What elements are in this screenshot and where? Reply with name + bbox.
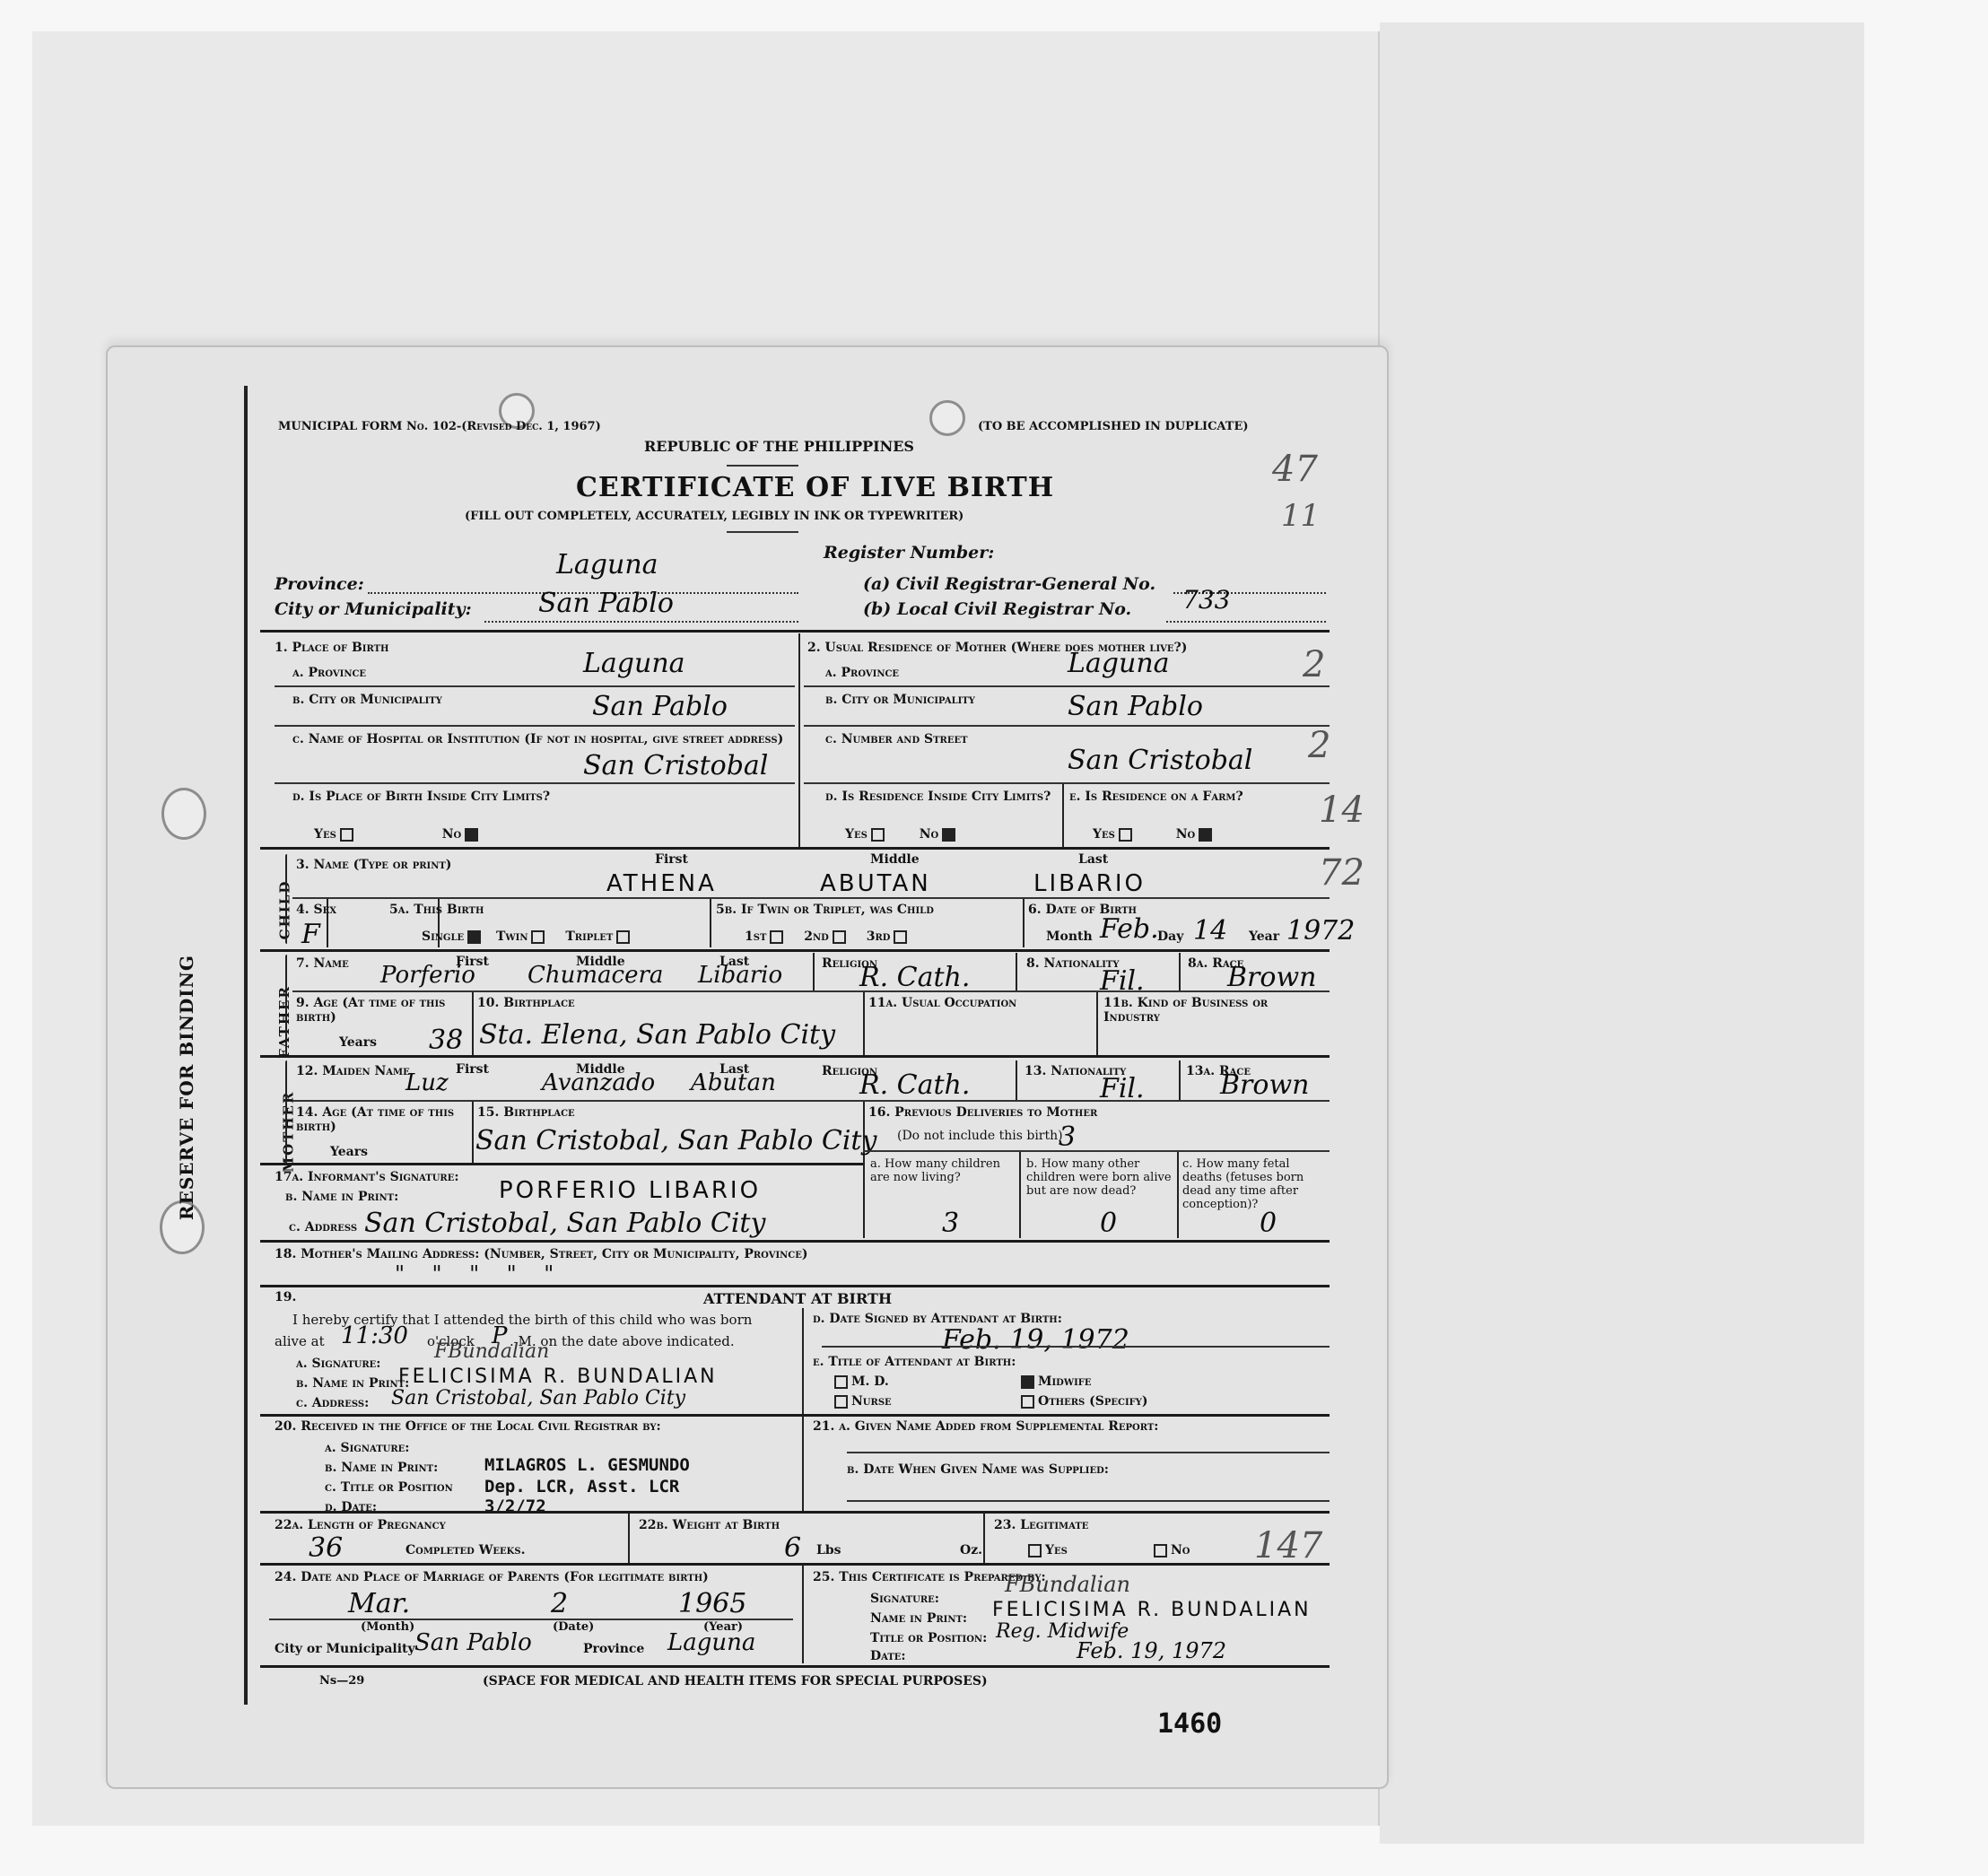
birth-type-options: Single Twin Triplet — [422, 929, 633, 944]
footer-code: Ns—29 — [319, 1674, 364, 1688]
mother-birthplace: San Cristobal, San Pablo City — [475, 1125, 876, 1156]
column-divider — [1179, 953, 1181, 992]
column-divider — [472, 1102, 474, 1165]
backing-sheet-right — [1380, 22, 1864, 1844]
no-checkbox-checked[interactable] — [465, 828, 478, 842]
informant-signature-label: 17a. Informant's Signature: — [275, 1170, 459, 1184]
received-label: 20. Received in the Office of the Local … — [275, 1419, 661, 1434]
column-divider — [1179, 1060, 1181, 1100]
dob-year: 1972 — [1286, 915, 1355, 947]
divider — [727, 531, 798, 533]
column-divider — [863, 1102, 865, 1238]
mailing-address-value: " " " " " — [395, 1261, 554, 1287]
legit-no-option: No — [1150, 1543, 1190, 1558]
prepared-signature-label: Signature: — [870, 1592, 939, 1606]
month-label: Month — [1046, 929, 1093, 944]
binding-margin-line — [244, 386, 248, 1705]
father-first-name: Porferio — [380, 962, 475, 989]
republic-heading: REPUBLIC OF THE PHILIPPINES — [644, 438, 914, 455]
attendant-address-label: c. Address: — [296, 1396, 369, 1410]
lbs-label: Lbs — [816, 1543, 841, 1558]
fetal-deaths-value: 0 — [1260, 1208, 1277, 1239]
father-section-tag: FATHER — [276, 985, 292, 1059]
pob-inside-city-options: Yes No — [314, 827, 482, 842]
marriage-city: San Pablo — [414, 1629, 532, 1656]
pob-city-value: San Pablo — [592, 691, 728, 722]
yes-label: Yes — [314, 827, 336, 842]
column-divider — [813, 953, 815, 992]
section-divider — [260, 949, 1330, 952]
father-business-label: 11b. Kind of Business or Industry — [1103, 996, 1319, 1025]
field-line — [804, 685, 1330, 687]
column-divider — [1016, 953, 1017, 992]
informant-address: San Cristobal, San Pablo City — [364, 1208, 765, 1239]
place-of-birth-heading: 1. Place of Birth — [275, 641, 388, 655]
received-signature-label: a. Signature: — [325, 1441, 409, 1455]
marriage-city-label: City or Municipality — [275, 1642, 415, 1656]
margin-note: 11 — [1281, 498, 1320, 534]
twin-checkbox[interactable] — [531, 930, 545, 944]
father-race: Brown — [1227, 962, 1316, 993]
res-street-label: c. Number and Street — [825, 732, 968, 746]
mother-age-label: 14. Age (At time of this birth) — [296, 1105, 466, 1134]
mother-last-name: Abutan — [691, 1069, 776, 1096]
prev-deliveries-label: 16. Previous Deliveries to Mother — [868, 1105, 1097, 1120]
mother-name-label: 12. Maiden Name — [296, 1064, 410, 1078]
father-name-label: 7. Name — [296, 956, 349, 971]
attendant-title-label: e. Title of Attendant at Birth: — [813, 1355, 1016, 1369]
single-label: Single — [422, 929, 464, 944]
this-birth-label: 5a. This Birth — [389, 903, 484, 917]
field-line — [822, 1346, 1330, 1348]
field-line — [847, 1500, 1330, 1502]
legit-yes-option: Yes — [1025, 1543, 1068, 1558]
section-brace — [285, 955, 287, 1055]
column-divider — [1016, 1060, 1017, 1100]
triplet-label: Triplet — [565, 929, 613, 944]
attendant-number: 19. — [275, 1290, 296, 1304]
attendant-address: San Cristobal, San Pablo City — [391, 1387, 685, 1409]
province-label: Province: — [275, 574, 364, 594]
marriage-year: 1965 — [678, 1588, 746, 1619]
section-divider — [260, 630, 1330, 633]
legitimate-label: 23. Legitimate — [994, 1518, 1088, 1532]
margin-note: 72 — [1319, 852, 1365, 894]
birth-time: 11:30 — [341, 1322, 408, 1349]
prepared-date: Feb. 19, 1972 — [1077, 1638, 1226, 1663]
received-title-label: c. Title or Position — [325, 1480, 453, 1495]
column-divider — [802, 1308, 804, 1414]
third-label: 3rd — [867, 929, 891, 944]
marriage-month: Mar. — [348, 1588, 410, 1619]
column-divider — [802, 1565, 804, 1663]
res-province-value: Laguna — [1068, 648, 1170, 679]
section-divider — [260, 1163, 863, 1165]
middle-label: Middle — [870, 852, 920, 867]
margin-note: 47 — [1272, 449, 1318, 490]
column-divider — [1177, 1152, 1179, 1238]
column-divider — [1019, 1152, 1021, 1238]
field-line — [863, 1150, 1330, 1152]
form-number: MUNICIPAL FORM No. 102-(Revised Dec. 1, … — [278, 420, 601, 433]
res-farm-label: e. Is Residence on a Farm? — [1069, 790, 1243, 804]
marriage-date: 2 — [551, 1588, 568, 1619]
local-civil-label: (b) Local Civil Registrar No. — [863, 599, 1131, 619]
column-divider — [863, 992, 865, 1055]
father-birthplace-label: 10. Birthplace — [477, 996, 575, 1010]
informant-name: PORFERIO LIBARIO — [499, 1177, 761, 1204]
title-option-nurse: Nurse — [831, 1394, 892, 1409]
province-value: Laguna — [556, 549, 658, 580]
second-label: 2nd — [804, 929, 829, 944]
pob-province-label: a. Province — [292, 666, 366, 680]
others-label: Others (Specify) — [1038, 1394, 1148, 1409]
yes-label: Yes — [845, 827, 868, 842]
last-label: Last — [1078, 852, 1108, 867]
mother-birthplace-label: 15. Birthplace — [477, 1105, 575, 1120]
single-checkbox-checked[interactable] — [467, 930, 481, 944]
title-option-midwife: Midwife — [1017, 1374, 1091, 1389]
prepared-date-label: Date: — [870, 1649, 906, 1663]
section-brace — [285, 854, 287, 944]
field-line — [292, 897, 1330, 899]
received-name: MILAGROS L. GESMUNDO — [484, 1455, 690, 1475]
divider — [727, 465, 798, 467]
legit-no-checkbox[interactable] — [1154, 1544, 1167, 1558]
first-label: First — [655, 852, 688, 867]
mother-race: Brown — [1220, 1069, 1309, 1101]
column-divider — [798, 633, 800, 847]
years-label: Years — [330, 1145, 368, 1159]
father-age: 38 — [429, 1025, 463, 1056]
date-supplied-label: b. Date When Given Name was Supplied: — [847, 1462, 1109, 1477]
first-label: 1st — [745, 929, 766, 944]
field-line — [275, 685, 795, 687]
mailing-address-label: 18. Mother's Mailing Address: (Number, S… — [275, 1247, 807, 1261]
nurse-label: Nurse — [851, 1394, 892, 1409]
nurse-checkbox[interactable] — [834, 1395, 848, 1409]
marriage-province-label: Province — [583, 1642, 644, 1656]
column-divider — [1096, 992, 1098, 1055]
res-street-value: San Cristobal — [1068, 745, 1252, 776]
child-middle-name: ABUTAN — [820, 870, 931, 897]
dob-day: 14 — [1193, 915, 1227, 947]
md-checkbox[interactable] — [834, 1375, 848, 1389]
date-caption: (Date) — [553, 1620, 594, 1634]
given-name-label: 21. a. Given Name Added from Supplementa… — [813, 1419, 1158, 1434]
column-divider — [1062, 784, 1064, 847]
column-divider — [802, 1416, 804, 1511]
legit-yes-label: Yes — [1045, 1543, 1068, 1558]
field-line — [847, 1452, 1330, 1453]
father-religion: R. Cath. — [859, 962, 970, 993]
section-divider — [260, 1511, 1330, 1514]
res-farm-options: Yes No — [1093, 827, 1216, 842]
twin-label: Twin — [496, 929, 528, 944]
prev-deliveries-note: (Do not include this birth) — [897, 1129, 1063, 1143]
attendant-signature-label: a. Signature: — [296, 1357, 380, 1371]
mother-middle-name: Avanzado — [542, 1069, 655, 1096]
father-occupation-label: 11a. Usual Occupation — [868, 996, 1016, 1010]
attendant-alive-at: alive at — [275, 1333, 325, 1349]
pregnancy-weeks: 36 — [309, 1532, 343, 1564]
others-checkbox[interactable] — [1021, 1395, 1034, 1409]
pob-province-value: Laguna — [583, 648, 685, 679]
punch-hole — [929, 400, 965, 436]
child-name-label: 3. Name (Type or print) — [296, 858, 451, 872]
local-civil-value: 733 — [1182, 585, 1230, 615]
yes-label: Yes — [1093, 827, 1115, 842]
field-line — [804, 725, 1330, 727]
prepared-signature: FBundalian — [1005, 1572, 1130, 1597]
field-line — [1166, 621, 1326, 623]
no-label: No — [920, 827, 939, 842]
binding-label: RESERVE FOR BINDING — [176, 953, 197, 1222]
punch-hole — [161, 788, 206, 840]
informant-address-label: c. Address — [289, 1220, 357, 1235]
fetal-deaths-label: c. How many fetal deaths (fetuses born d… — [1182, 1157, 1326, 1211]
register-number-label: Register Number: — [824, 543, 994, 563]
section-divider — [260, 1285, 1330, 1287]
marriage-province: Laguna — [667, 1629, 755, 1656]
pob-hospital-label: c. Name of Hospital or Institution (If n… — [292, 732, 795, 746]
margin-note: 2 — [1308, 725, 1330, 766]
column-divider — [983, 1513, 985, 1563]
title-option-others: Others (Specify) — [1017, 1394, 1148, 1409]
attendant-heading: ATTENDANT AT BIRTH — [703, 1290, 892, 1307]
field-line — [804, 782, 1330, 784]
column-divider — [1023, 899, 1025, 947]
stamp-number: 1460 — [1157, 1708, 1222, 1740]
child-first-name: ATHENA — [606, 870, 717, 897]
md-label: M. D. — [851, 1374, 889, 1389]
second-checkbox[interactable] — [833, 930, 846, 944]
section-divider — [260, 847, 1330, 850]
legit-yes-checkbox[interactable] — [1028, 1544, 1042, 1558]
marriage-label: 24. Date and Place of Marriage of Parent… — [275, 1570, 709, 1584]
margin-note: 2 — [1303, 644, 1325, 685]
field-line — [292, 1100, 1330, 1102]
pob-hospital-value: San Cristobal — [583, 750, 768, 781]
oz-label: Oz. — [960, 1543, 982, 1558]
section-divider — [260, 1055, 1330, 1058]
twin-order-label: 5b. If Twin or Triplet, was Child — [716, 903, 934, 917]
third-checkbox[interactable] — [894, 930, 907, 944]
years-label: Years — [339, 1035, 377, 1050]
father-last-name: Libario — [698, 962, 782, 989]
no-checkbox-checked[interactable] — [1199, 828, 1212, 842]
day-label: Day — [1157, 929, 1183, 944]
field-line — [292, 990, 1330, 992]
prepared-title-label: Title or Position: — [870, 1631, 987, 1645]
children-living-value: 3 — [942, 1208, 959, 1239]
weeks-label: Completed Weeks. — [405, 1543, 525, 1558]
father-birthplace: Sta. Elena, San Pablo City — [479, 1019, 835, 1051]
prev-deliveries-value: 3 — [1059, 1121, 1076, 1153]
res-inside-city-label: d. Is Residence Inside City Limits? — [825, 790, 1059, 804]
column-divider — [710, 899, 711, 947]
section-divider — [260, 1240, 1330, 1243]
margin-note: 147 — [1254, 1525, 1322, 1566]
midwife-checkbox-checked[interactable] — [1021, 1375, 1034, 1389]
mother-first-name: Luz — [405, 1069, 449, 1096]
children-living-label: a. How many children are now living? — [870, 1157, 1014, 1184]
mother-section-tag: MOTHER — [280, 1091, 296, 1173]
civil-general-label: (a) Civil Registrar-General No. — [863, 574, 1155, 594]
date-signed-value: Feb. 19, 1972 — [942, 1324, 1129, 1356]
year-label: Year — [1249, 929, 1279, 944]
field-line — [275, 782, 795, 784]
column-divider — [628, 1513, 630, 1563]
res-inside-city-options: Yes No — [845, 827, 959, 842]
month-caption: (Month) — [361, 1620, 414, 1634]
certificate-title: CERTIFICATE OF LIVE BIRTH — [576, 472, 1054, 503]
received-name-label: b. Name in Print: — [325, 1461, 438, 1475]
section-divider — [260, 1665, 1330, 1668]
pregnancy-length-label: 22a. Length of Pregnancy — [275, 1518, 446, 1532]
prepared-name: FELICISIMA R. BUNDALIAN — [992, 1599, 1312, 1621]
res-city-label: b. City or Municipality — [825, 693, 975, 707]
field-line — [484, 621, 798, 623]
footer-note: (SPACE FOR MEDICAL AND HEALTH ITEMS FOR … — [483, 1674, 988, 1688]
first-checkbox[interactable] — [770, 930, 783, 944]
certificate-subtitle: (FILL OUT COMPLETELY, ACCURATELY, LEGIBL… — [465, 510, 963, 523]
child-last-name: LIBARIO — [1033, 870, 1146, 897]
weight-lbs: 6 — [784, 1532, 801, 1564]
dob-month: Feb. — [1100, 913, 1159, 945]
margin-note: 14 — [1319, 790, 1365, 831]
informant-name-label: b. Name in Print: — [285, 1190, 398, 1204]
father-age-label: 9. Age (At time of this birth) — [296, 996, 466, 1025]
yes-checkbox[interactable] — [340, 828, 353, 842]
weight-label: 22b. Weight at Birth — [639, 1518, 780, 1532]
yes-checkbox[interactable] — [871, 828, 885, 842]
prepared-name-label: Name in Print: — [870, 1611, 967, 1626]
sex-value: F — [301, 919, 320, 950]
received-title: Dep. LCR, Asst. LCR — [484, 1477, 679, 1496]
pob-city-label: b. City or Municipality — [292, 693, 442, 707]
first-label: First — [456, 1062, 489, 1077]
section-divider — [260, 1414, 1330, 1417]
res-city-value: San Pablo — [1068, 691, 1203, 722]
attendant-name: FELICISIMA R. BUNDALIAN — [398, 1366, 718, 1388]
no-checkbox-checked[interactable] — [942, 828, 955, 842]
children-dead-value: 0 — [1100, 1208, 1117, 1239]
children-dead-label: b. How many other children were born ali… — [1026, 1157, 1173, 1198]
section-brace — [285, 1060, 287, 1163]
section-divider — [260, 1563, 1330, 1566]
mother-religion: R. Cath. — [859, 1069, 970, 1101]
no-label: No — [442, 827, 462, 842]
father-middle-name: Chumacera — [528, 962, 663, 989]
field-line — [275, 725, 795, 727]
triplet-checkbox[interactable] — [616, 930, 630, 944]
title-option-md: M. D. — [831, 1374, 889, 1389]
twin-order-options: 1st 2nd 3rd — [745, 929, 911, 944]
sex-label: 4. Sex — [296, 903, 336, 917]
pob-inside-city-label: d. Is Place of Birth Inside City Limits? — [292, 790, 550, 804]
yes-checkbox[interactable] — [1119, 828, 1132, 842]
legit-no-label: No — [1171, 1543, 1190, 1558]
city-label: City or Municipality: — [275, 599, 472, 619]
column-divider — [472, 992, 474, 1055]
attendant-signature: FBundalian — [434, 1340, 549, 1363]
res-province-label: a. Province — [825, 666, 899, 680]
midwife-label: Midwife — [1038, 1374, 1091, 1389]
duplicate-note: (TO BE ACCOMPLISHED IN DUPLICATE) — [978, 420, 1249, 433]
city-value: San Pablo — [538, 588, 674, 619]
no-label: No — [1176, 827, 1196, 842]
